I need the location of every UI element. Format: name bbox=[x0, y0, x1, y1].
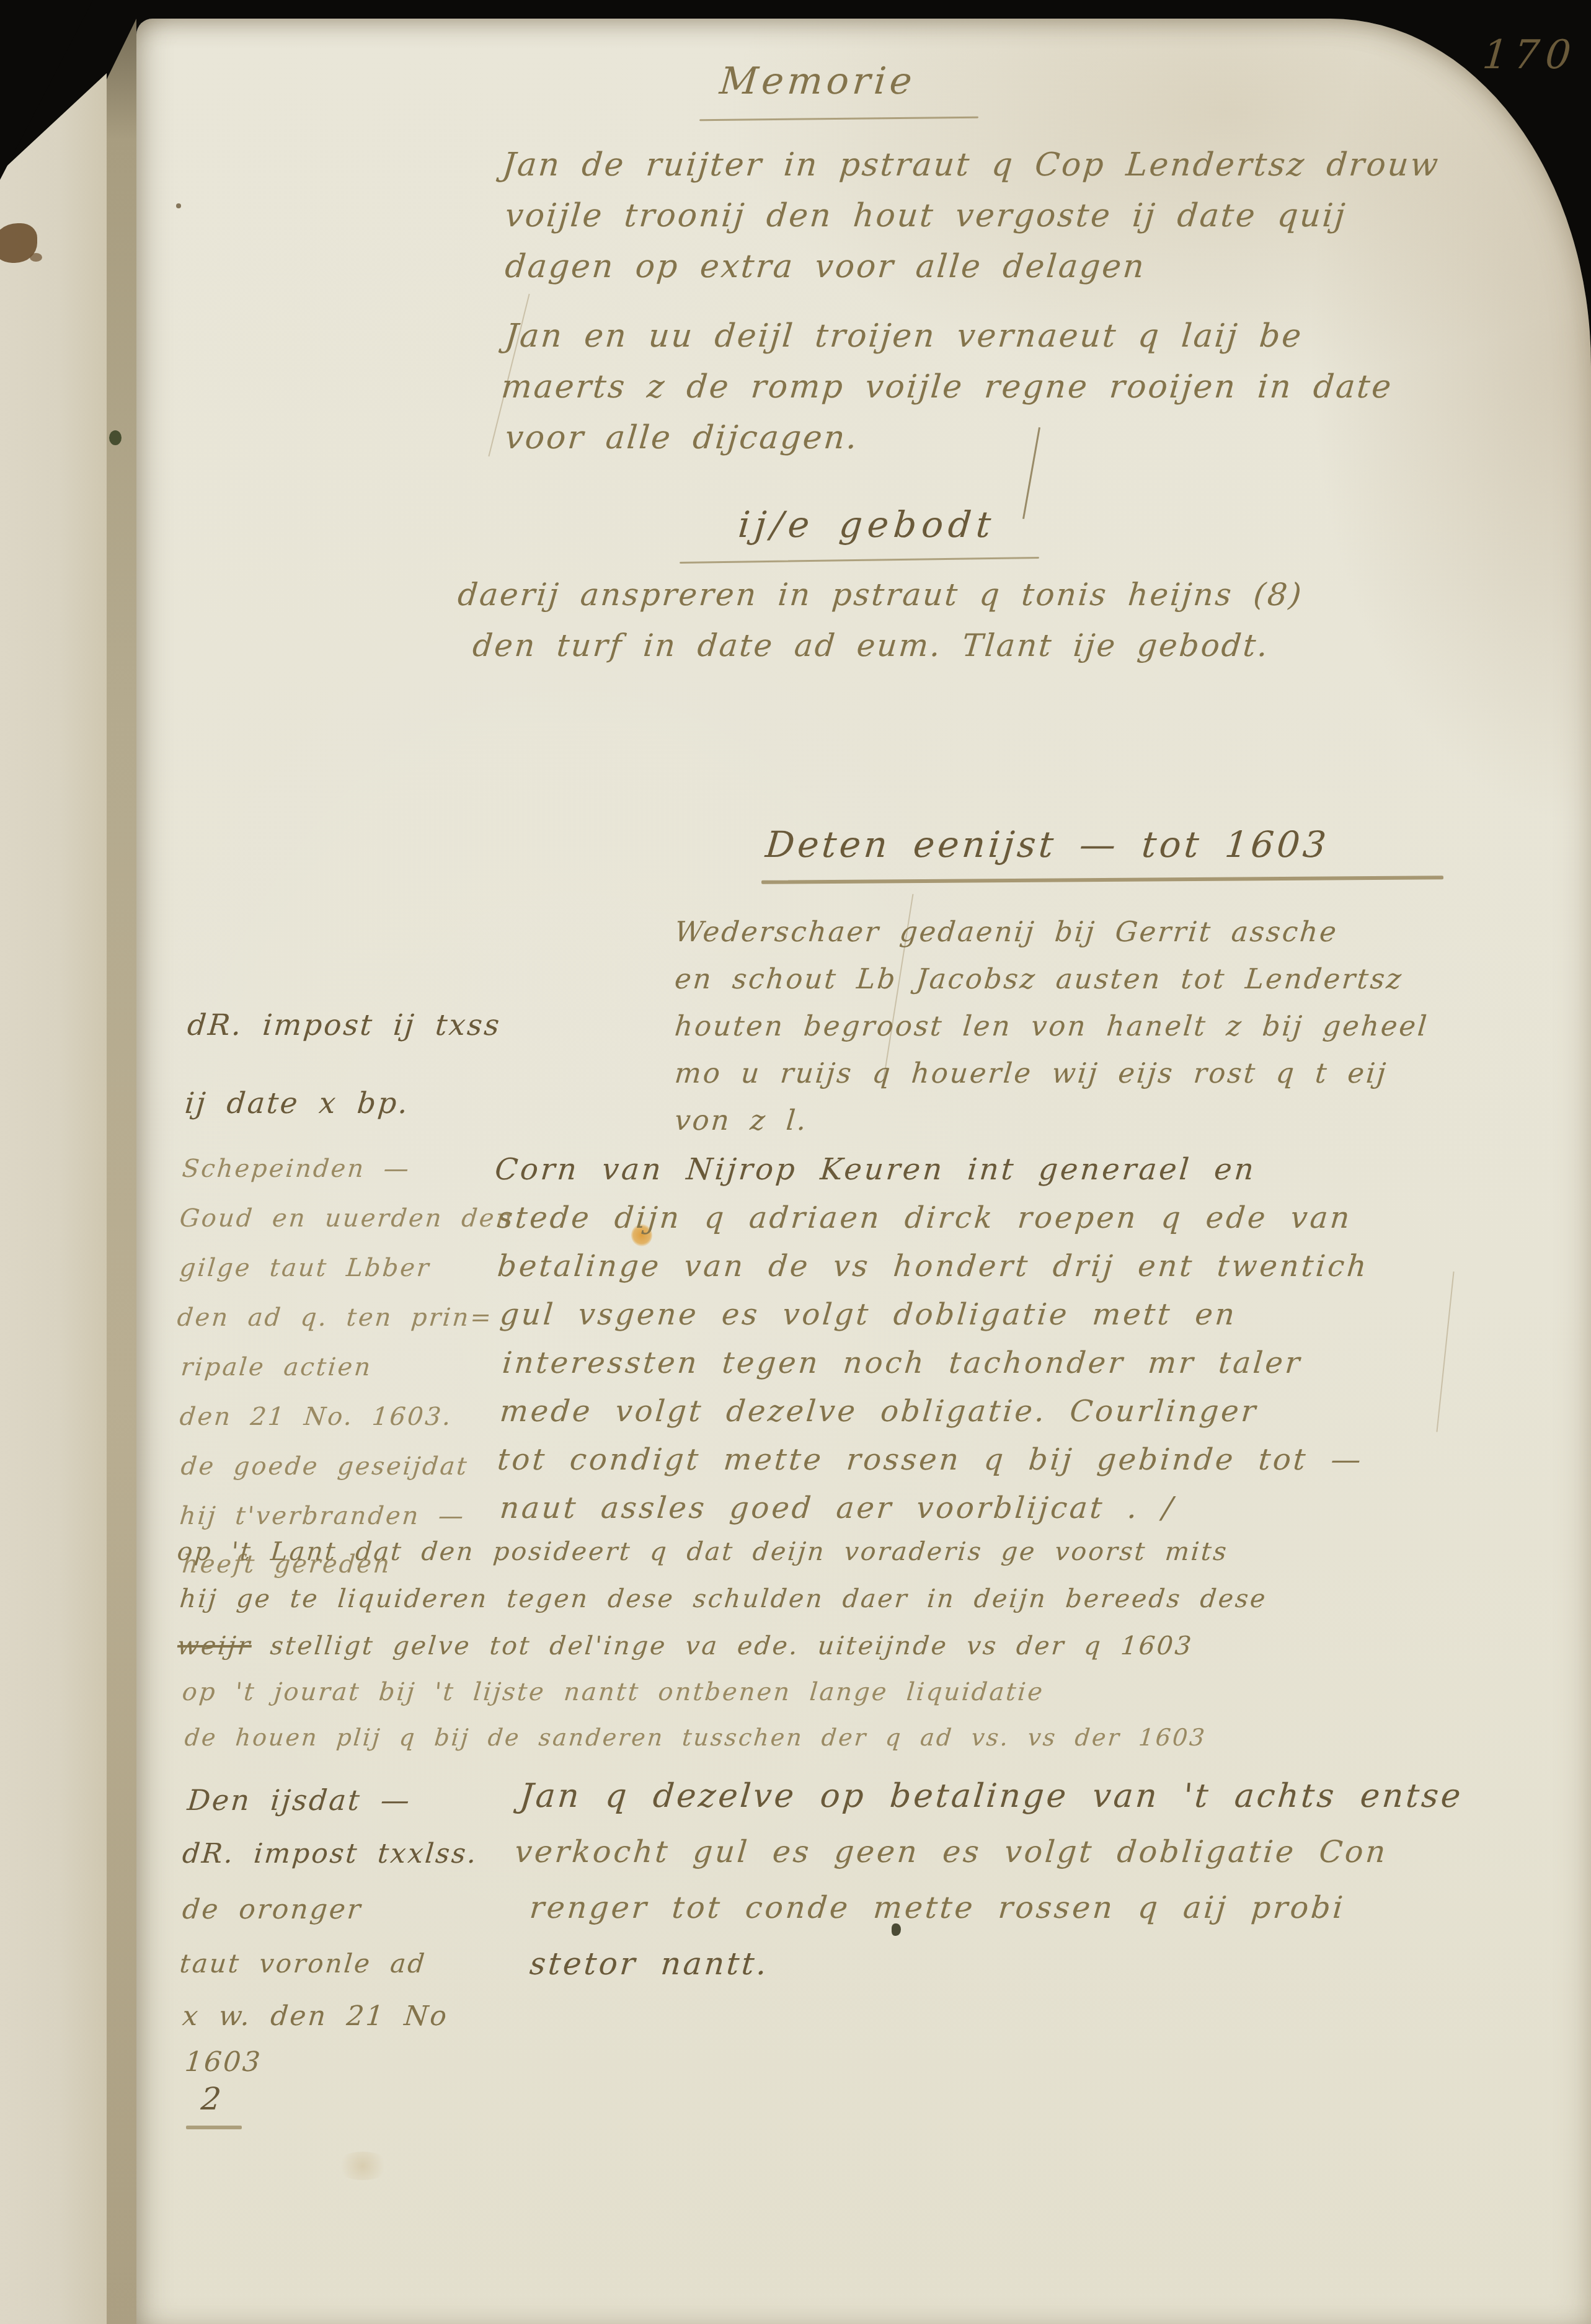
margin-a-line1: dR. impost ij txss bbox=[186, 1008, 502, 1042]
para1-line1: Jan de ruijter in pstraut q Cop Lenderts… bbox=[501, 146, 1442, 184]
margin-a-line2: ij date x bp. bbox=[184, 1086, 411, 1120]
margin-c-line3: de oronger bbox=[181, 1894, 363, 1925]
intro-line3: houten begroost len von hanelt z bij geh… bbox=[673, 1009, 1430, 1042]
margin-c-line1: Den ijsdat — bbox=[186, 1783, 413, 1817]
margin-c-line2: dR. impost txxlss. bbox=[181, 1838, 479, 1869]
body2-line1: Jan q dezelve op betalinge van 't achts … bbox=[518, 1777, 1465, 1815]
margin-b-line1: Schepeinden — bbox=[181, 1155, 412, 1183]
body-main-line3: betalinge van de vs hondert drij ent twe… bbox=[496, 1249, 1370, 1284]
para3-line1: daerij anspreren in pstraut q tonis heij… bbox=[456, 577, 1305, 613]
body2-line3: renger tot conde mette rossen q aij prob… bbox=[528, 1890, 1347, 1925]
para2-line3: voor alle dijcagen. bbox=[503, 419, 860, 456]
body-main-line2: stede dijn q adriaen dirck roepen q ede … bbox=[496, 1200, 1354, 1235]
intro-line2: en schout Lb Jacobsz austen tot Lenderts… bbox=[673, 962, 1404, 995]
body-main-line6: mede volgt dezelve obligatie. Courlinger bbox=[499, 1394, 1259, 1429]
margin-c-underline bbox=[186, 2126, 242, 2129]
body-main-line8: naut assles goed aer voorblijcat . / bbox=[499, 1491, 1177, 1525]
heading-memorie: Memorie bbox=[718, 60, 917, 103]
margin-b-line8: hij t'verbranden — bbox=[179, 1502, 466, 1530]
memorie-underline bbox=[699, 117, 978, 122]
para3-line2: den turf in date ad eum. Tlant ije gebod… bbox=[471, 628, 1271, 663]
gebodt-underline bbox=[680, 557, 1039, 564]
body2-line2: verkocht gul es geen es volgt dobligatie… bbox=[513, 1834, 1389, 1869]
pen-flourish-stroke bbox=[1022, 427, 1040, 519]
para2-line2: maerts z de romp voijle regne rooijen in… bbox=[500, 368, 1394, 406]
margin-b-line7: de goede geseijdat bbox=[180, 1452, 470, 1481]
margin-c-line6: 1603 bbox=[184, 2046, 263, 2078]
intro-line1: Wederschaer gedaenij bij Gerrit assche bbox=[673, 915, 1339, 948]
margin-b-line6: den 21 No. 1603. bbox=[179, 1403, 454, 1431]
struck-word: weijr bbox=[176, 1631, 253, 1661]
body-main-line4: gul vsgene es volgt dobligatie mett en bbox=[499, 1297, 1238, 1332]
intro-line4: mo u ruijs q houerle wij eijs rost q t e… bbox=[673, 1057, 1389, 1089]
margin-b-line2: Goud en uuerden den bbox=[179, 1204, 515, 1233]
notes-wide-line2: hij ge te liquideren tegen dese schulden… bbox=[179, 1584, 1269, 1613]
para1-line2: voijle troonij den hout vergoste ij date… bbox=[503, 197, 1348, 234]
para1-line3: dagen op extra voor alle delagen bbox=[503, 248, 1147, 285]
heading-gebodt: ij/e gebodt bbox=[737, 503, 998, 546]
para2-line1: Jan en uu deijl troijen vernaeut q laij … bbox=[503, 317, 1305, 355]
notes-wide-line3-rest: stelligt gelve tot del'inge va ede. uite… bbox=[250, 1631, 1194, 1661]
intro-line5: von z l. bbox=[673, 1104, 809, 1137]
margin-c-line4: taut voronle ad bbox=[179, 1948, 427, 1979]
heading-1603: Deten eenijst — tot 1603 bbox=[764, 823, 1331, 866]
body-main-line1: Corn van Nijrop Keuren int generael en bbox=[494, 1152, 1257, 1187]
folio-number: 170 bbox=[1481, 32, 1579, 78]
notes-wide-line5: de houen plij q bij de sanderen tusschen… bbox=[184, 1724, 1207, 1751]
body-main-line7: tot condigt mette rossen q bij gebinde t… bbox=[496, 1442, 1365, 1477]
margin-b-line5: ripale actien bbox=[180, 1353, 373, 1382]
margin-c-line5: x w. den 21 No bbox=[181, 2000, 450, 2032]
body2-line4: stetor nantt. bbox=[528, 1946, 771, 1982]
notes-wide-line4: op 't jourat bij 't lijste nantt ontbene… bbox=[181, 1678, 1045, 1706]
margin-c-line7: 2 bbox=[200, 2081, 224, 2117]
handwriting-layer: 170 Memorie Jan de ruijter in pstraut q … bbox=[0, 0, 1591, 2324]
body-main-line5: interessten tegen noch tachonder mr tale… bbox=[501, 1346, 1303, 1380]
notes-wide-line1: op 't Lant dat den posideert q dat deijn… bbox=[176, 1537, 1230, 1566]
margin-b-line4: den ad q. ten prin= bbox=[176, 1303, 494, 1332]
heading-1603-underline bbox=[761, 876, 1443, 884]
margin-b-line3: gilge taut Lbber bbox=[179, 1254, 432, 1282]
notes-wide-line3: weijr stelligt gelve tot del'inge va ede… bbox=[176, 1631, 1194, 1661]
manuscript-scan: { "colors": { "background": "#0b0a08", "… bbox=[0, 0, 1591, 2324]
